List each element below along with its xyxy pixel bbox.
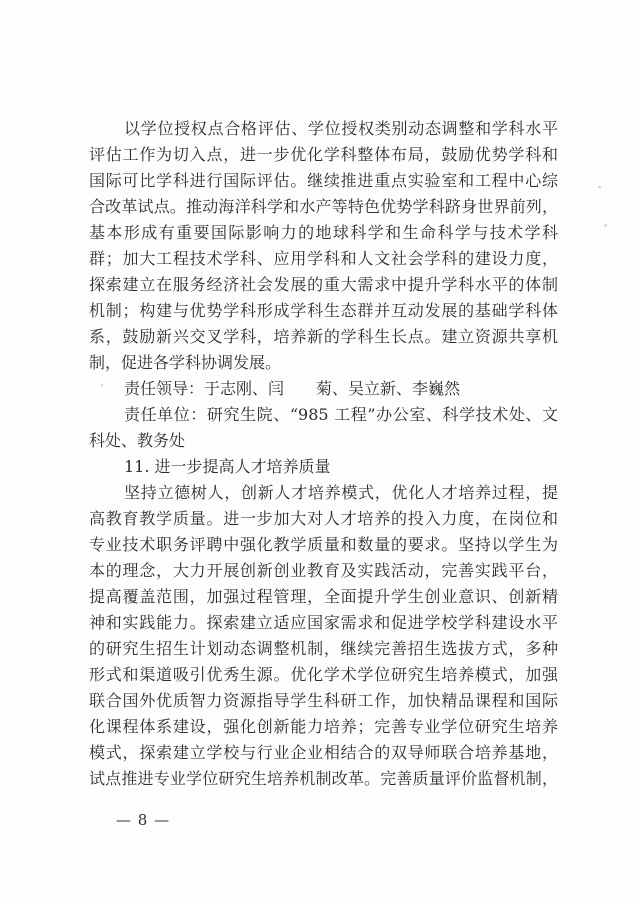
text-body: 以学位授权点合格评估、学位授权类别动态调整和学科水平 评估工作为切入点，进一步优…: [89, 116, 558, 792]
text-line: 神和实践能力。探索建立适应国家需求和促进学校学科建设水平: [89, 610, 558, 636]
section-11-heading: 11. 进一步提高人才培养质量: [89, 454, 558, 480]
responsible-unit-line-wrap: 科处、教务处: [89, 428, 558, 454]
text-line: 群；加大工程技术学科、应用学科和人文社会学科的建设力度，: [89, 246, 558, 272]
text-line: 的研究生招生计划动态调整机制，继续完善招生选拔方式，多种: [89, 636, 558, 662]
text-line: 本的理念，大力开展创新创业教育及实践活动，完善实践平台，: [89, 558, 558, 584]
responsible-leader-line: 责任领导：于志刚、闫 菊、吴立新、李巍然: [89, 376, 558, 402]
text-line: 探索建立在服务经济社会发展的重大需求中提升学科水平的体制: [89, 272, 558, 298]
paragraph-end-line: 制，促进各学科协调发展。: [89, 350, 558, 376]
scan-speck: [598, 186, 601, 188]
paragraph-start-line: 以学位授权点合格评估、学位授权类别动态调整和学科水平: [89, 116, 558, 142]
text-line: 基本形成有重要国际影响力的地球科学和生命科学与技术学科: [89, 220, 558, 246]
text-line: 高教育教学质量。进一步加大对人才培养的投入力度，在岗位和: [89, 506, 558, 532]
text-line: 提高覆盖范围，加强过程管理，全面提升学生创业意识、创新精: [89, 584, 558, 610]
page-number: — 8 —: [116, 811, 170, 829]
text-line: 系，鼓励新兴交叉学科，培养新的学科生长点。建立资源共享机: [89, 324, 558, 350]
paragraph-start-line: 坚持立德树人，创新人才培养模式，优化人才培养过程，提: [89, 480, 558, 506]
text-line: 评估工作为切入点，进一步优化学科整体布局，鼓励优势学科和: [89, 142, 558, 168]
text-line: 国际可比学科进行国际评估。继续推进重点实验室和工程中心综: [89, 168, 558, 194]
text-line: 模式，探索建立学校与行业企业相结合的双导师联合培养基地，: [89, 740, 558, 766]
scan-speck: [101, 384, 103, 387]
scan-speck: [604, 224, 607, 227]
text-line: 形式和渠道吸引优秀生源。优化学术学位研究生培养模式，加强: [89, 662, 558, 688]
document-page: 以学位授权点合格评估、学位授权类别动态调整和学科水平 评估工作为切入点，进一步优…: [0, 0, 640, 903]
text-line: 化课程体系建设，强化创新能力培养；完善专业学位研究生培养: [89, 714, 558, 740]
text-line: 联合国外优质智力资源指导学生科研工作，加快精品课程和国际: [89, 688, 558, 714]
text-line: 试点推进专业学位研究生培养机制改革。完善质量评价监督机制，: [89, 766, 558, 792]
responsible-unit-line: 责任单位：研究生院、“985 工程”办公室、科学技术处、文: [89, 402, 558, 428]
text-line: 合改革试点。推动海洋科学和水产等特色优势学科跻身世界前列，: [89, 194, 558, 220]
text-line: 机制；构建与优势学科形成学科生态群并互动发展的基础学科体: [89, 298, 558, 324]
text-line: 专业技术职务评聘中强化教学质量和数量的要求。坚持以学生为: [89, 532, 558, 558]
